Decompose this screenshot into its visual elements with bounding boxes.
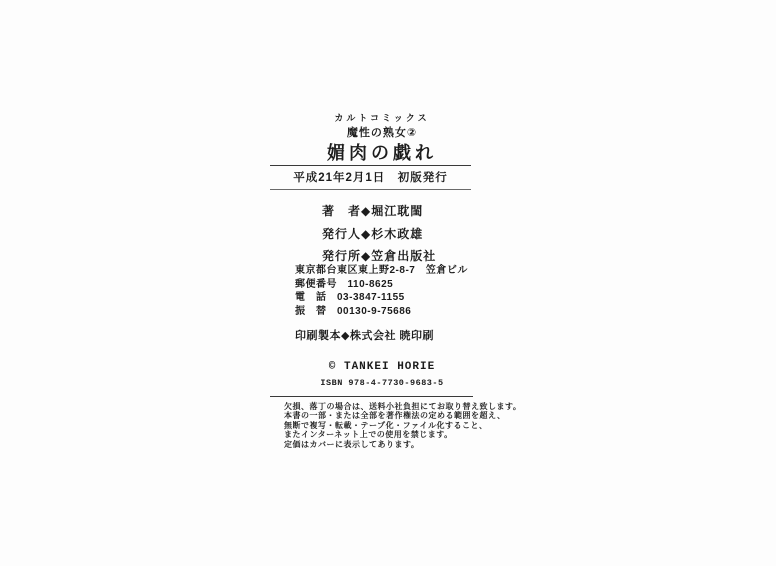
postal-transfer-line: 振 替 00130-9-75686 — [295, 305, 468, 319]
fine-print-line: 本書の一部・または全部を著作権法の定める範囲を超え、 — [284, 411, 521, 420]
fine-print-block: 欠損、落丁の場合は、送料小社負担にてお取り替え致します。 本書の一部・または全部… — [284, 402, 521, 449]
edition-notice: 平成21年2月1日 初版発行 — [293, 172, 448, 184]
series-volume: 魔性の熟女② — [0, 124, 764, 140]
divider-rule — [270, 396, 473, 397]
phone-line: 電 話 03-3847-1155 — [295, 291, 468, 305]
address-line: 東京都台東区東上野2-8-7 笠倉ビル — [295, 264, 468, 278]
copyright-line: © TANKEI HORIE — [0, 361, 764, 373]
publisher-line: 発行人◆杉木政雄 — [322, 223, 436, 246]
series-name: カルトコミックス — [0, 111, 764, 124]
author-line: 著 者◆堀江耽閨 — [322, 200, 436, 223]
fine-print-line: 欠損、落丁の場合は、送料小社負担にてお取り替え致します。 — [284, 402, 521, 411]
book-title: 媚肉の戯れ — [0, 139, 764, 165]
isbn-line: ISBN 978-4-7730-9683-5 — [0, 378, 764, 388]
publisher-address-block: 東京都台東区東上野2-8-7 笠倉ビル 郵便番号 110-8625 電 話 03… — [295, 264, 468, 318]
fine-print-line: 定価はカバーに表示してあります。 — [284, 440, 521, 449]
printer-line: 印刷製本◆株式会社 暁印刷 — [295, 327, 434, 343]
colophon-page: カルトコミックス 魔性の熟女② 媚肉の戯れ 平成21年2月1日 初版発行 著 者… — [0, 0, 776, 566]
edition-notice-box: 平成21年2月1日 初版発行 — [270, 165, 471, 190]
fine-print-line: 無断で複写・転載・テープ化・ファイル化すること、 — [284, 421, 521, 430]
credits-block: 著 者◆堀江耽閨 発行人◆杉木政雄 発行所◆笠倉出版社 — [322, 200, 436, 268]
postal-code-line: 郵便番号 110-8625 — [295, 278, 468, 292]
fine-print-line: またインターネット上での使用を禁じます。 — [284, 430, 521, 439]
